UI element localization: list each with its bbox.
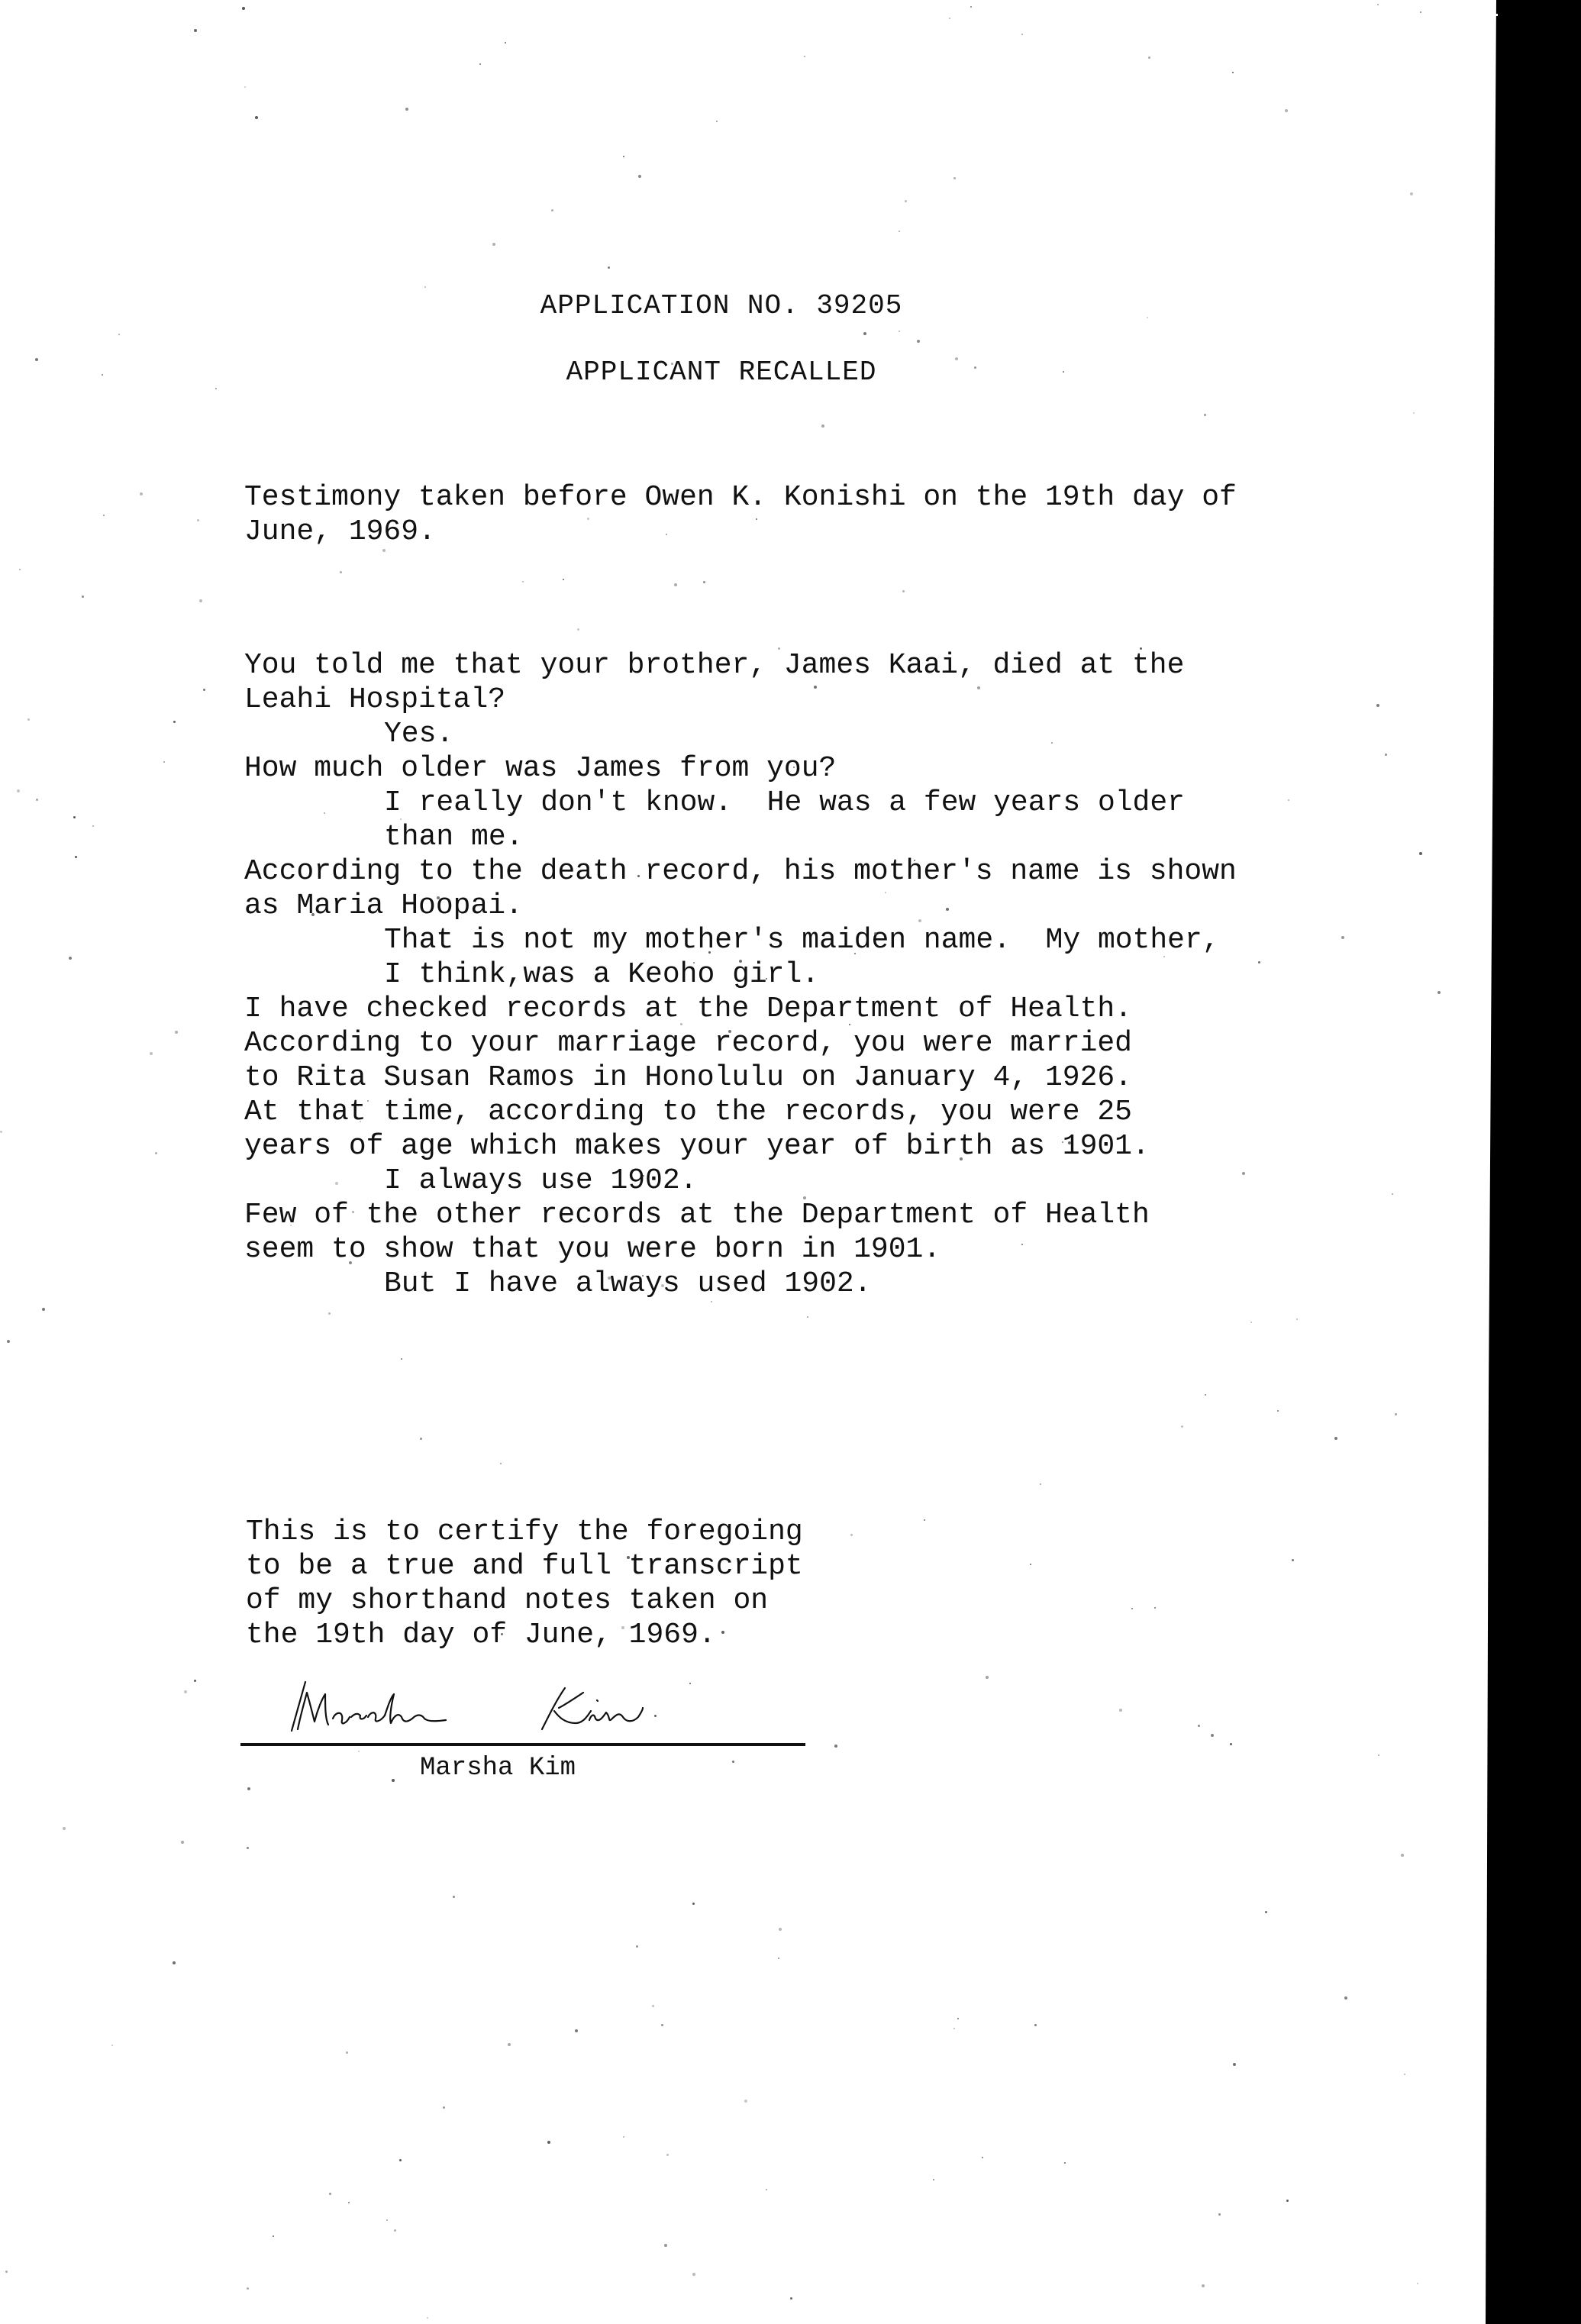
scan-speck [1119,1709,1122,1712]
scan-speck [1344,1996,1347,2000]
scan-speck [352,1211,354,1213]
certification-line: to be a true and full transcript [246,1550,803,1583]
scan-speck [247,1787,250,1790]
scan-speck [917,340,920,343]
scan-speck [1021,34,1023,35]
scan-speck [443,2106,445,2109]
scan-speck [666,2154,669,2156]
scan-speck [974,366,976,369]
scan-speck [918,919,921,922]
scan-speck [75,856,77,858]
scan-speck [957,2018,959,2019]
scan-speck [953,177,956,179]
scan-speck [674,583,677,586]
scan-speck [637,875,640,877]
scan-speck [5,2271,8,2273]
scan-speck [636,1945,638,1948]
scan-speck [885,892,886,893]
scan-speck [346,2051,348,2054]
scan-speck [863,332,866,335]
scan-speck [475,1184,476,1186]
question-line: to Rita Susan Ramos in Honolulu on Janua… [244,1061,1132,1095]
scan-speck [1410,192,1413,195]
scan-speck [627,1556,630,1559]
scan-speck [273,2235,274,2237]
scan-speck [1062,1141,1063,1143]
scan-speck [661,2024,663,2026]
scan-speck [140,492,143,495]
scan-speck [1204,414,1206,416]
scan-speck [1131,1608,1133,1609]
scan-speck [197,519,199,521]
intro-line: June, 1969. [244,515,436,549]
scan-speck [401,1358,402,1360]
scan-speck [1378,1754,1379,1756]
scan-speck [803,1196,806,1199]
scan-speck [1218,2213,1221,2216]
scan-speck [691,1522,693,1525]
scan-speck [986,1676,989,1679]
scan-speck [977,686,980,689]
question-line: According to your marriage record, you w… [244,1027,1132,1060]
scan-speck [386,2219,388,2221]
scan-speck [405,108,408,111]
scan-speck [680,1023,682,1025]
scan-speck [1285,109,1288,112]
scan-speck [358,1751,360,1752]
scan-speck [587,518,589,520]
scan-speck [348,2202,350,2203]
scan-speck [184,1690,187,1693]
scan-speck [1334,1437,1337,1440]
scan-speck [716,121,718,122]
application-number-heading: APPLICATION NO. 39205 [0,290,1443,321]
scan-speck [708,951,711,954]
scan-speck [1181,1425,1183,1428]
scan-speck [1233,2063,1236,2066]
answer-line: That is not my mother's maiden name. My … [384,924,1220,957]
scan-speck [946,908,949,911]
question-line: years of age which makes your year of bi… [244,1130,1150,1164]
scan-speck [790,2297,792,2300]
scan-speck [1437,991,1441,994]
scan-speck [711,1301,712,1302]
scan-speck [1230,1743,1232,1745]
scan-speck [652,2005,654,2007]
scan-speck [150,1052,153,1055]
scan-speck [1258,961,1260,963]
scan-speck [1413,412,1415,414]
scan-speck [693,962,695,963]
scan-speck [654,1715,657,1717]
scan-speck [955,357,958,360]
scan-speck [500,1463,502,1464]
scan-speck [394,2229,396,2232]
scan-speck [392,1779,395,1782]
answer-line: But I have always used 1902. [384,1267,872,1301]
scan-speck [203,689,205,691]
scan-speck [7,1340,10,1343]
scan-speck [608,266,610,269]
scan-speck [194,1680,196,1682]
scan-speck [1288,799,1289,801]
scan-speck [42,1308,45,1311]
scan-speck [1401,1854,1404,1857]
scan-speck [1154,1607,1156,1609]
scan-speck [324,812,325,814]
scan-speck [505,42,506,44]
scan-speck [1419,852,1422,855]
scan-edge-mark [1483,14,1498,16]
scan-speck [17,789,20,792]
scan-speck [1064,2162,1066,2164]
scan-speck [163,761,165,763]
scan-speck [36,799,38,801]
scan-speck [1040,1483,1041,1485]
scan-speck [1286,2200,1289,2202]
question-line: At that time, according to the records, … [244,1096,1132,1129]
scan-speck [703,581,705,583]
question-line: Leahi Hospital? [244,683,505,717]
scan-speck [692,1903,695,1905]
scan-speck [623,2136,624,2138]
scan-speck [199,599,202,602]
scan-speck [92,825,94,827]
certification-line: of my shorthand notes taken on [246,1584,768,1618]
scan-speck [311,913,315,916]
scan-speck [400,818,402,820]
scan-speck [638,175,641,178]
scan-speck [510,812,511,814]
scan-speck [1163,956,1165,957]
answer-line: I always use 1902. [384,1164,697,1198]
scan-speck [902,590,905,592]
applicant-recalled-heading: APPLICANT RECALLED [0,357,1443,388]
scan-speck [508,2043,511,2046]
scan-speck [1063,371,1064,373]
scan-speck [960,1157,963,1160]
scan-speck [778,647,780,650]
scan-speck [1265,1911,1267,1913]
scan-speck [850,1534,853,1536]
scan-speck [914,860,915,861]
scan-speck [899,231,900,232]
scan-speck [608,1277,611,1280]
scan-speck [1395,1413,1397,1415]
handwritten-signature [275,1676,702,1737]
scan-speck [1202,2284,1205,2287]
scan-speck [605,1257,606,1258]
scan-speck [382,549,386,552]
scan-speck [349,1261,352,1264]
scan-speck [834,1745,837,1748]
certification-line: This is to certify the foregoing [246,1515,803,1549]
scan-edge-mark [1473,153,1483,155]
scan-speck [111,2045,113,2046]
scan-border-edge [1486,0,1581,2324]
scan-speck [82,596,84,598]
question-line: According to the death record, his mothe… [244,855,1237,889]
scan-speck [1404,2074,1405,2075]
question-line: You told me that your brother, James Kaa… [244,649,1184,683]
scan-speck [692,2273,695,2276]
scan-speck [933,2179,934,2180]
scan-speck [721,1631,724,1634]
scan-speck [173,1961,176,1964]
scan-speck [437,896,440,899]
scan-speck [103,515,105,516]
scan-speck [255,116,258,119]
scan-speck [1232,72,1234,73]
scan-speck [399,2159,402,2161]
scan-speck [522,581,524,583]
certification-line: the 19th day of June, 1969. [246,1619,716,1652]
scan-speck [247,1847,249,1849]
scan-speck [1147,317,1148,318]
scan-speck [1021,1244,1023,1245]
scan-speck [1034,2024,1037,2026]
question-line: How much older was James from you? [244,752,836,786]
scan-speck [155,1152,157,1154]
scan-speck [360,1121,361,1122]
scan-speck [1051,742,1053,744]
scan-speck [551,209,553,211]
scan-speck [982,2157,983,2158]
scan-speck [102,374,103,376]
scan-speck [329,2193,331,2195]
scan-speck [1296,1319,1298,1320]
scan-speck [427,2317,428,2319]
scan-speck [479,63,481,65]
scan-speck [849,1024,850,1025]
scan-speck [266,1526,268,1528]
scan-speck [949,18,950,19]
scan-speck [244,86,246,88]
scan-speck [1392,1193,1393,1195]
scan-speck [577,628,579,631]
scan-speck [643,1175,644,1177]
scan-speck [683,1243,686,1246]
scan-speck [766,978,767,980]
answer-line: than me. [384,821,523,854]
scan-speck [563,579,564,580]
scan-speck [1205,1394,1206,1396]
scan-speck [575,2029,578,2032]
scan-speck [1420,11,1421,13]
scan-speck [664,2244,667,2247]
scan-speck [73,816,76,818]
scan-speck [899,331,900,332]
scan-speck [807,1316,808,1318]
scan-speck [793,767,795,768]
scan-speck [453,1896,455,1898]
scan-speck [766,2189,767,2190]
scan-speck [335,1182,338,1185]
answer-line: Yes. [384,718,453,751]
scan-speck [270,705,272,707]
scan-speck [1377,4,1379,5]
scan-speck [340,571,342,573]
scan-speck [905,200,907,202]
scan-speck [1385,754,1387,756]
scan-speck [1242,1172,1245,1175]
scan-speck [35,358,38,361]
scan-speck [1292,1559,1294,1561]
scan-speck [732,1761,734,1763]
question-line: I have checked records at the Department… [244,993,1132,1026]
scan-speck [0,1131,2,1133]
signer-printed-name: Marsha Kim [420,1754,576,1783]
scan-speck [1211,1734,1214,1737]
scan-speck [728,1030,731,1033]
scan-speck [1341,936,1344,939]
answer-line: I really don't know. He was a few years … [384,786,1185,820]
scan-speck [194,29,197,32]
question-line: Few of the other records at the Departme… [244,1199,1150,1232]
scan-speck [1030,1564,1031,1565]
scan-speck [492,243,495,246]
scan-speck [501,1633,503,1635]
scan-speck [576,658,578,660]
scan-speck [778,1958,779,1959]
scan-speck [19,569,21,570]
intro-line: Testimony taken before Owen K. Konishi o… [244,481,1237,515]
scan-speck [1068,1141,1071,1144]
scan-speck [1250,1322,1252,1323]
scan-speck [63,1827,66,1830]
scan-speck [242,7,245,10]
scan-speck [756,518,757,520]
scan-speck [661,1284,664,1287]
scan-speck [1417,2283,1418,2284]
scan-speck [1140,647,1142,650]
scan-speck [689,1683,691,1684]
scan-speck [69,957,72,960]
scan-speck [1376,704,1379,707]
scan-speck [118,334,120,335]
scan-speck [173,721,176,723]
scan-speck [181,1841,184,1844]
scan-speck [821,424,824,428]
scan-speck [175,1031,178,1034]
scan-speck [1198,1725,1200,1727]
scan-speck [367,1100,369,1102]
scan-speck [1277,1410,1279,1412]
scan-speck [642,1275,644,1277]
scan-speck [892,1001,894,1003]
scan-speck [804,56,805,57]
signature-line [240,1743,805,1746]
scan-speck [739,960,742,963]
scan-speck [547,2141,550,2144]
scan-speck [1148,56,1150,59]
scan-speck [328,1312,331,1315]
scan-speck [621,1626,624,1629]
scan-speck [970,6,972,8]
scan-speck [671,363,673,365]
scan-speck [623,156,624,157]
scan-speck [854,953,856,954]
scan-speck [779,1928,782,1931]
scan-speck [814,686,817,689]
scan-speck [666,534,667,535]
scan-speck [215,388,217,389]
scan-speck [924,1519,925,1521]
question-line: as Maria Hoopai. [244,889,523,923]
scan-speck [424,286,426,288]
scan-speck [874,932,877,935]
scan-speck [420,1438,422,1440]
scan-speck [953,2028,955,2029]
scan-speck [744,2100,747,2103]
answer-line: I think,was a Keoho girl. [384,958,819,992]
document-page: APPLICATION NO. 39205 APPLICANT RECALLED… [0,0,1581,2324]
scan-speck [247,2287,249,2290]
scan-speck [27,718,30,721]
scan-speck [290,1225,292,1226]
